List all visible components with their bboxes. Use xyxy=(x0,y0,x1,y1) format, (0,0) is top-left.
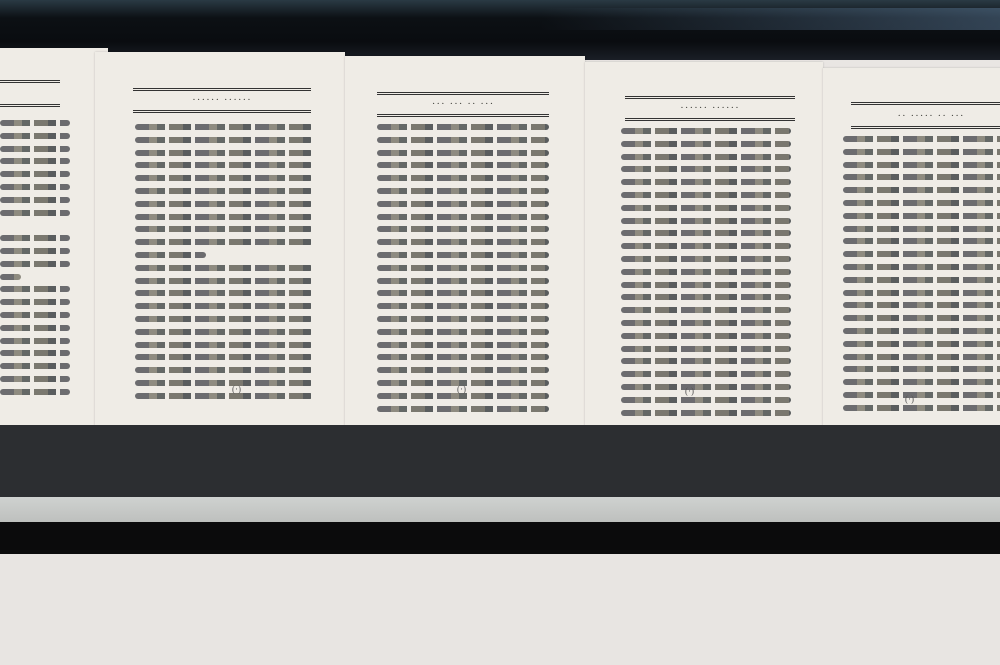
heading-rule xyxy=(377,114,549,117)
heading-rule xyxy=(133,110,311,113)
page-number: (·) xyxy=(685,386,694,396)
heading-rule xyxy=(625,118,795,121)
heading-rule xyxy=(133,88,311,91)
heading-rule xyxy=(0,104,60,107)
stone-covered-text xyxy=(377,124,549,418)
heading-rule xyxy=(625,96,795,99)
heading-rule xyxy=(0,80,60,83)
glass-reflection xyxy=(540,8,1000,30)
heading-rule xyxy=(851,126,1000,129)
display-backboard xyxy=(0,425,1000,500)
display-case-frame xyxy=(0,522,1000,554)
stone-covered-text xyxy=(843,136,1000,418)
page-number: (·) xyxy=(232,384,241,394)
book-page-1 xyxy=(0,48,108,426)
stone-covered-text xyxy=(135,124,313,406)
glass-shelf xyxy=(0,497,1000,523)
page-number: (·) xyxy=(905,394,914,404)
page-heading: ··· ··· ·· ··· xyxy=(377,98,549,110)
book-page-3: ··· ··· ·· ··· (·) xyxy=(345,56,585,426)
display-case-glass-top xyxy=(0,0,1000,60)
page-heading: ······ ······ xyxy=(133,94,311,106)
page-number: (·) xyxy=(457,384,466,394)
page-heading: ······ ······ xyxy=(625,102,795,114)
book-page-2: ······ ······ (·) xyxy=(95,52,345,426)
book-page-5: ·· ····· ·· ··· (·) xyxy=(823,68,1000,436)
heading-rule xyxy=(377,92,549,95)
stone-covered-text xyxy=(621,128,791,422)
page-heading: ·· ····· ·· ··· xyxy=(851,110,1000,122)
wall-below xyxy=(0,554,1000,665)
stone-covered-text xyxy=(0,120,70,402)
book-page-4: ······ ······ (·) xyxy=(585,62,823,430)
heading-rule xyxy=(851,102,1000,105)
